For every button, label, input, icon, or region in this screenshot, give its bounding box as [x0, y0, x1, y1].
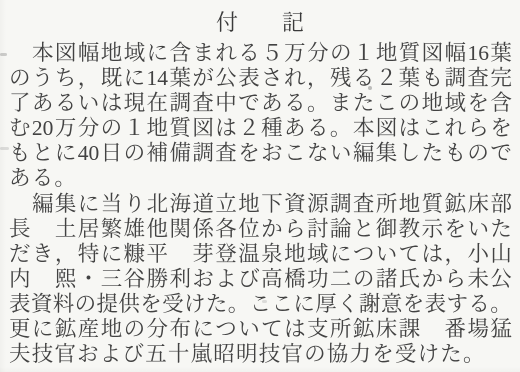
text-char: 温 [238, 242, 260, 267]
text-char: 泉 [261, 242, 283, 267]
text-char: ， [55, 242, 77, 267]
text-char: む [9, 116, 31, 141]
text-char: 地 [422, 91, 444, 116]
text-char: 平 [147, 242, 169, 267]
text-char: を [490, 116, 512, 141]
text-line: のうち，既に14葉が公表され，残る２葉も調査完 [9, 66, 512, 91]
text-char: 御 [376, 217, 398, 242]
text-char: に [32, 317, 54, 342]
text-char: か [261, 217, 283, 242]
text-char: 論 [330, 217, 352, 242]
text-char: 含 [170, 41, 192, 66]
text-char: に [124, 66, 146, 91]
text-char: の [75, 292, 97, 317]
text-char: ， [307, 66, 329, 91]
text-char: ２ [238, 116, 260, 141]
text-char: 受 [162, 292, 184, 317]
text-char: 分 [78, 116, 100, 141]
text-char: あ [261, 91, 283, 116]
text-char: 。 [330, 116, 352, 141]
text-char: の [353, 267, 375, 292]
text-char: 利 [169, 267, 191, 292]
text-char: 三 [101, 267, 123, 292]
text-char: の [101, 116, 123, 141]
text-char: 現 [124, 91, 146, 116]
text-char: 床 [468, 192, 490, 217]
text-char: 分 [147, 317, 169, 342]
text-char: 係 [192, 217, 214, 242]
text-char: 日 [101, 141, 123, 166]
text-char: ら [284, 217, 306, 242]
text-char: の [124, 317, 146, 342]
text-char: 地 [284, 242, 306, 267]
text-char: 討 [307, 217, 329, 242]
text-char: た [206, 292, 228, 317]
text-char: た [353, 91, 375, 116]
text-char: に [147, 41, 169, 66]
text-char: も [9, 141, 31, 166]
text-char: 含 [490, 91, 512, 116]
text-char: 示 [422, 217, 444, 242]
text-char: る [55, 91, 77, 116]
text-char: 中 [215, 91, 237, 116]
text-char: 葉 [169, 66, 191, 91]
text-char: い [376, 242, 398, 267]
text-char: 万 [55, 116, 77, 141]
text-char: 番 [445, 317, 467, 342]
text-char: た [422, 141, 444, 166]
text-char: く [337, 292, 359, 317]
text-char: 功 [307, 267, 329, 292]
text-char: 支 [307, 317, 329, 342]
text-char: 集 [55, 192, 77, 217]
text-char: 表 [9, 292, 31, 317]
text-char: を [467, 91, 489, 116]
text-char: １ [124, 116, 146, 141]
text-char: 図 [376, 116, 398, 141]
text-char: 課 [399, 317, 421, 342]
text-char: 資 [31, 292, 53, 317]
text-char: 地 [147, 116, 169, 141]
text-char: 幅 [445, 41, 467, 66]
text-char: り [124, 192, 146, 217]
text-char: 残 [330, 66, 352, 91]
text-char: 関 [169, 217, 191, 242]
text-char: け [184, 292, 206, 317]
text-char: 鉱 [445, 192, 467, 217]
text-char: ５ [261, 41, 283, 66]
text-char: 糠 [124, 242, 146, 267]
text-char: に [330, 242, 352, 267]
text-char: て [399, 242, 421, 267]
text-char: 資 [284, 192, 306, 217]
text-char [32, 267, 54, 292]
text-char: れ [215, 41, 237, 66]
text-char [169, 242, 191, 267]
text-char: 当 [101, 192, 123, 217]
text-char: 所 [376, 192, 398, 217]
text-char: 未 [467, 267, 489, 292]
text-char: 更 [9, 317, 31, 342]
text-char: と [353, 217, 375, 242]
scan-speck [262, 300, 267, 303]
text-char: る [284, 91, 306, 116]
text-char: 16 [468, 41, 490, 66]
text-char: 北 [147, 192, 169, 217]
text-char: 氏 [399, 267, 421, 292]
document-title: 付 記 [0, 0, 520, 36]
text-char: 本 [353, 116, 375, 141]
scan-speck [0, 147, 9, 150]
text-char: 提 [97, 292, 119, 317]
text-char: い [467, 217, 489, 242]
text-char: 床 [376, 317, 398, 342]
text-char: 。 [490, 292, 512, 317]
text-char: の [9, 66, 31, 91]
text-line: だき，特に糠平 芽登温泉地域については，小山 [9, 242, 512, 267]
scanned-document-page: 付 記 本図幅地域に含まれる５万分の１地質図幅16葉のうち，既に14葉が公表され… [0, 0, 520, 372]
text-char: 調 [445, 66, 467, 91]
text-char: は [422, 242, 444, 267]
text-char: 完 [490, 66, 512, 91]
text-char: 図 [422, 41, 444, 66]
text-line: 編集に当り北海道立地下資源調査所地質鉱床部 [9, 192, 512, 217]
text-char: 編 [32, 192, 54, 217]
text-char: 土 [55, 217, 77, 242]
text-char: ， [445, 242, 467, 267]
text-char: が [192, 66, 214, 91]
text-char: の [467, 141, 489, 166]
text-char: 調 [169, 91, 191, 116]
text-char: 地 [101, 317, 123, 342]
text-char: あ [32, 91, 54, 116]
text-char: 高 [261, 267, 283, 292]
text-char: 繁 [101, 217, 123, 242]
text-char: 立 [215, 192, 237, 217]
text-char: 鉱 [55, 317, 77, 342]
text-char: を [445, 217, 467, 242]
text-char: 下 [261, 192, 283, 217]
text-char [422, 317, 444, 342]
text-line: ある。 [9, 166, 512, 191]
text-char: 調 [330, 192, 352, 217]
text-char: い [238, 317, 260, 342]
text-char: 地 [101, 41, 123, 66]
text-char: 小 [467, 242, 489, 267]
text-char: 諸 [376, 267, 398, 292]
text-char: 二 [330, 267, 352, 292]
text-char: ２ [376, 66, 398, 91]
text-char: 質 [169, 116, 191, 141]
text-char: で [238, 91, 260, 116]
text-char: 既 [101, 66, 123, 91]
text-char: 万 [284, 41, 306, 66]
text-char: て [261, 317, 283, 342]
text-char: 査 [215, 141, 237, 166]
text-line: もとに40日の補備調査をおこない編集したもので [9, 141, 512, 166]
text-char: 査 [353, 192, 375, 217]
text-char: な [307, 141, 329, 166]
text-char: 備 [169, 141, 191, 166]
scan-speck [368, 86, 372, 90]
text-char: 査 [467, 66, 489, 91]
text-char: 雄 [124, 217, 146, 242]
text-char: つ [353, 242, 375, 267]
text-char: 公 [215, 66, 237, 91]
text-char: も [422, 66, 444, 91]
text-char [32, 217, 54, 242]
text-char: 各 [215, 217, 237, 242]
text-char: 編 [353, 141, 375, 166]
scan-speck [0, 53, 7, 56]
text-char: で [490, 141, 512, 166]
text-char: の [124, 141, 146, 166]
text-char: こ [422, 116, 444, 141]
text-char: お [192, 267, 214, 292]
text-char: 域 [445, 91, 467, 116]
text-char: し [399, 141, 421, 166]
text-char: こ [272, 292, 294, 317]
text-char: 道 [192, 192, 214, 217]
text-char: を [140, 292, 162, 317]
text-char: 場 [467, 317, 489, 342]
text-char: 調 [192, 141, 214, 166]
text-char: 域 [307, 242, 329, 267]
text-char: 鉱 [353, 317, 375, 342]
text-char: あ [284, 116, 306, 141]
text-char: に [78, 192, 100, 217]
text-char: の [399, 91, 421, 116]
text-char: は [101, 91, 123, 116]
text-char: ち [55, 66, 77, 91]
text-char: お [261, 141, 283, 166]
text-char: 猛 [490, 317, 512, 342]
text-char: る [238, 41, 260, 66]
text-char: 表 [425, 292, 447, 317]
text-char: 熙 [55, 267, 77, 292]
text-char: た [490, 217, 512, 242]
text-char: 教 [399, 217, 421, 242]
text-char: 質 [422, 192, 444, 217]
text-char: 分 [307, 41, 329, 66]
text-char: こ [284, 141, 306, 166]
text-char: 幅 [78, 41, 100, 66]
text-char: 布 [169, 317, 191, 342]
text-char: と [32, 141, 54, 166]
text-char: 地 [238, 192, 260, 217]
text-line: 本図幅地域に含まれる５万分の１地質図幅16葉 [9, 41, 512, 66]
text-line: 表資料の提供を受けた。ここに厚く謝意を表する。 [9, 292, 512, 317]
text-char: 集 [376, 141, 398, 166]
text-char: さ [261, 66, 283, 91]
text-char: 質 [399, 41, 421, 66]
text-char: は [284, 317, 306, 342]
text-char: い [330, 141, 352, 166]
text-char: ， [78, 66, 100, 91]
text-line: 長 土居繁雄他関係各位から討論と御教示をいた [9, 217, 512, 242]
text-char: よ [215, 267, 237, 292]
text-char: 葉 [490, 41, 512, 66]
text-char: 部 [490, 192, 512, 217]
text-char: 。 [307, 91, 329, 116]
text-char: き [32, 242, 54, 267]
text-char: 在 [147, 91, 169, 116]
text-char: こ [376, 91, 398, 116]
text-char: 了 [9, 91, 31, 116]
text-char: 種 [261, 116, 283, 141]
text-char: に [293, 292, 315, 317]
text-char: 20 [32, 116, 54, 141]
text-char: ま [192, 41, 214, 66]
text-char: る [468, 292, 490, 317]
text-char: だ [9, 242, 31, 267]
text-char: こ [250, 292, 272, 317]
text-char: 補 [147, 141, 169, 166]
text-char: 芽 [192, 242, 214, 267]
text-char: 料 [53, 292, 75, 317]
text-block: 本図幅地域に含まれる５万分の１地質図幅16葉のうち，既に14葉が公表され，残る２… [0, 36, 520, 367]
text-char: 所 [330, 317, 352, 342]
text-char: 源 [307, 192, 329, 217]
text-char: る [307, 116, 329, 141]
text-char: 地 [376, 41, 398, 66]
text-char: 図 [55, 41, 77, 66]
text-char: 供 [118, 292, 140, 317]
text-line: 内 熙・三谷勝利および高橋功二の諸氏から未公 [9, 267, 512, 292]
text-char: 表 [238, 66, 260, 91]
text-char: を [238, 141, 260, 166]
text-char: 。 [228, 292, 250, 317]
text-char: い [78, 91, 100, 116]
text-char: も [445, 141, 467, 166]
text-char: 謝 [359, 292, 381, 317]
text-char: か [422, 267, 444, 292]
text-char: 居 [78, 217, 100, 242]
text-char: 位 [238, 217, 260, 242]
text-char: び [238, 267, 260, 292]
text-char: 登 [215, 242, 237, 267]
text-char: 査 [192, 91, 214, 116]
text-char: ら [467, 116, 489, 141]
text-char: 図 [192, 116, 214, 141]
text-char: れ [445, 116, 467, 141]
text-char: に [55, 141, 77, 166]
text-char: 地 [399, 192, 421, 217]
text-char: は [215, 116, 237, 141]
text-char: 14 [147, 66, 169, 91]
text-char: ・ [78, 267, 100, 292]
text-char: は [399, 116, 421, 141]
text-char: 他 [147, 217, 169, 242]
text-char: ら [445, 267, 467, 292]
text-char: 厚 [315, 292, 337, 317]
text-char: 長 [9, 217, 31, 242]
text-char: 海 [170, 192, 192, 217]
text-char: 勝 [147, 267, 169, 292]
text-char: う [32, 66, 54, 91]
text-char: 橋 [284, 267, 306, 292]
text-char: の [330, 41, 352, 66]
text-char: 葉 [399, 66, 421, 91]
text-line: 更に鉱産地の分布については支所鉱床課 番場猛 [9, 317, 512, 342]
text-char: 40 [78, 141, 100, 166]
text-char: 産 [78, 317, 100, 342]
text-char: 域 [124, 41, 146, 66]
text-char: れ [284, 66, 306, 91]
text-char: 特 [78, 242, 100, 267]
text-char: を [403, 292, 425, 317]
text-char: 公 [490, 267, 512, 292]
text-char: 谷 [124, 267, 146, 292]
text-char: 内 [9, 267, 31, 292]
text-char: つ [215, 317, 237, 342]
text-char: に [101, 242, 123, 267]
text-line: む20万分の１地質図は２種ある。本図はこれらを [9, 116, 512, 141]
text-char: 本 [32, 41, 54, 66]
text-char: １ [353, 41, 375, 66]
text-line: 了あるいは現在調査中である。またこの地域を含 [9, 91, 512, 116]
text-char: に [192, 317, 214, 342]
text-char: ま [330, 91, 352, 116]
text-char: 山 [490, 242, 512, 267]
text-line: 夫技官および五十嵐昭明技官の協力を受けた。 [9, 342, 512, 367]
text-char: 意 [381, 292, 403, 317]
text-char: す [447, 292, 469, 317]
